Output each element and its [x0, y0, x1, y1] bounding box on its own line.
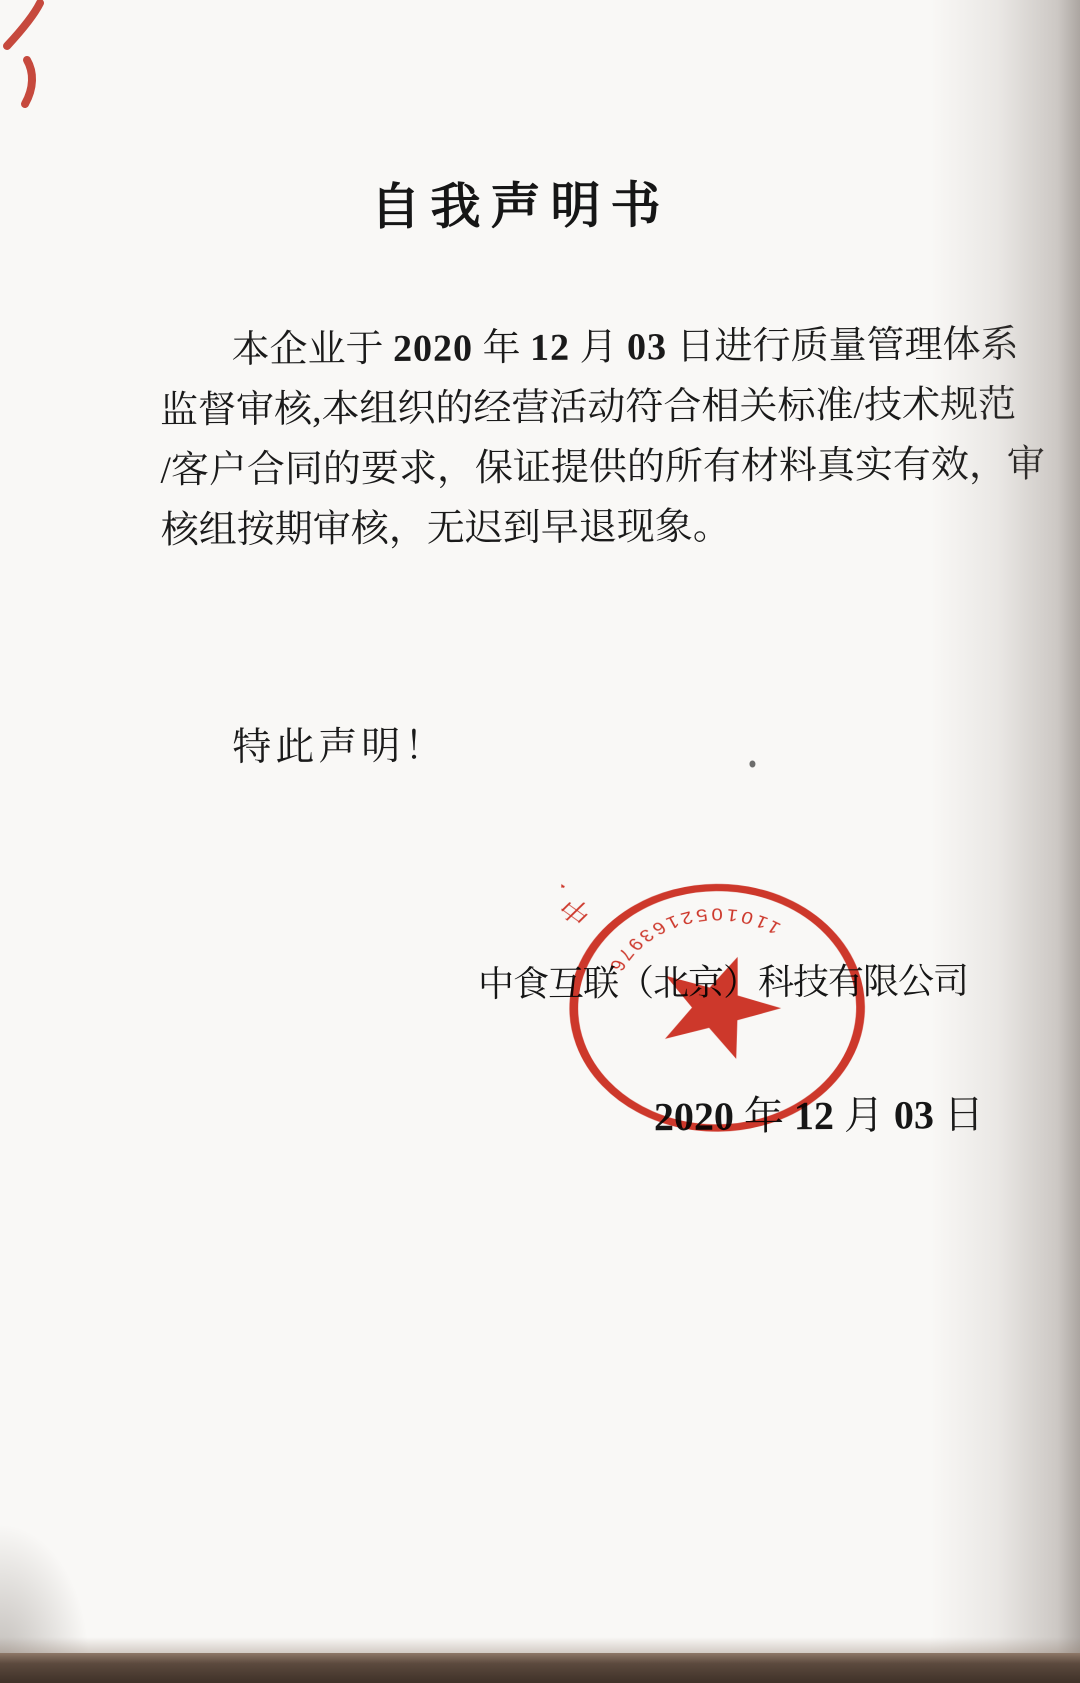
- red-pen-mark: [0, 0, 70, 115]
- body-text: 本企业于: [231, 328, 393, 371]
- body-text: 年: [473, 327, 530, 369]
- seal-number-arc-text: 1101052163976: [590, 886, 789, 982]
- body-text: 月: [570, 326, 627, 368]
- scan-edge-bottom-fade: [0, 1637, 1080, 1653]
- paragraph-line: 本企业于 2020 年 12 月 03 日进行质量管理体系: [159, 315, 934, 380]
- scan-edge-bottom: [0, 1653, 1080, 1683]
- ink-speck: [749, 760, 755, 767]
- scanned-document-page: 自我声明书 本企业于 2020 年 12 月 03 日进行质量管理体系 监督审核…: [0, 0, 1080, 1683]
- audit-day: 03: [627, 326, 667, 368]
- audit-year: 2020: [393, 327, 473, 370]
- date-label: 日: [934, 1092, 984, 1137]
- body-text: 日进行质量管理体系: [667, 324, 1019, 368]
- seal-star-icon: [644, 951, 795, 1074]
- hereby-declared-line: 特此声明！: [232, 715, 447, 772]
- paragraph-line: 监督审核,本组织的经营活动符合相关标准/技术规范: [160, 375, 935, 440]
- company-seal: 中食互联（北京）科技有限公司 1101052163976: [561, 877, 873, 1139]
- company-seal-graphic: 中食互联（北京）科技有限公司 1101052163976: [561, 877, 873, 1139]
- date-day: 03: [894, 1092, 934, 1137]
- paragraph-line: /客户合同的要求，保证提供的所有材料真实有效，审: [160, 435, 935, 500]
- declaration-paragraph: 本企业于 2020 年 12 月 03 日进行质量管理体系 监督审核,本组织的经…: [159, 315, 936, 560]
- document-title: 自我声明书: [0, 162, 1046, 241]
- document-content: 自我声明书 本企业于 2020 年 12 月 03 日进行质量管理体系 监督审核…: [0, 0, 1080, 1683]
- audit-month: 12: [530, 327, 570, 369]
- paragraph-line: 核组按期审核，无迟到早退现象。: [161, 495, 936, 560]
